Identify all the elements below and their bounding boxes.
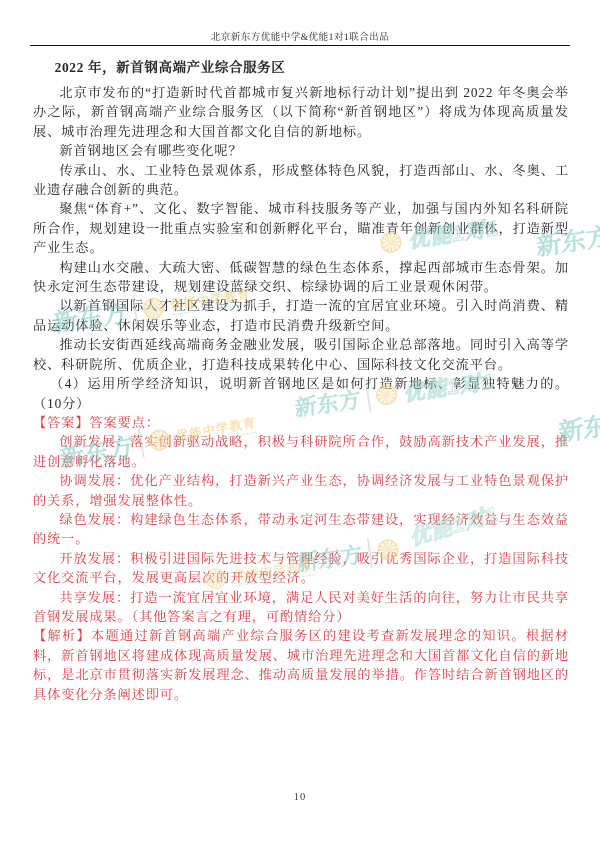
question-text: （4）运用所学经济知识，说明新首钢地区是如何打造新地标、彰显独特魅力的。（10分… — [33, 374, 569, 413]
document-body: 2022 年，新首钢高端产业综合服务区 北京市发布的“打造新时代首都城市复兴新地… — [33, 58, 569, 704]
answer-label: 【答案】 — [33, 415, 89, 430]
answer-points: 创新发展：落实创新驱动战略，积极与科研院所合作，鼓励高新技术产业发展，推进创意孵… — [33, 432, 569, 626]
analysis-text: 本题通过新首钢高端产业综合服务区的建设考查新发展理念的知识。根据材料，新首钢地区… — [33, 628, 569, 701]
header-rule — [30, 45, 570, 46]
body-paragraph: 构建山水交融、大疏大密、低碳智慧的绿色生态体系，撑起西部城市生态骨架。加快永定河… — [33, 258, 569, 297]
body-paragraph: 北京市发布的“打造新时代首都城市复兴新地标行动计划”提出到 2022 年冬奥会举… — [33, 83, 569, 141]
page-number: 10 — [0, 792, 600, 803]
answer-point: 共享发展：打造一流宜居宜业环境，满足人民对美好生活的向往，努力让市民共享首钢发展… — [33, 588, 569, 627]
body-paragraph: 聚焦“体育+”、文化、数字智能、城市科技服务等产业，加强与国内外知名科研院所合作… — [33, 199, 569, 257]
body-paragraph: 新首钢地区会有哪些变化呢？ — [33, 141, 569, 160]
analysis-label: 【解析】 — [33, 628, 91, 643]
body-paragraph: 以新首钢国际人才社区建设为抓手，打造一流的宜居宜业环境。引入时尚消费、精品运动体… — [33, 296, 569, 335]
body-paragraph: 推动长安街西延线高端商务金融业发展，吸引国际企业总部落地。同时引入高等学校、科研… — [33, 335, 569, 374]
answer-heading-line: 【答案】答案要点： — [33, 413, 569, 432]
page-title: 2022 年，新首钢高端产业综合服务区 — [33, 58, 569, 78]
answer-point: 开放发展：积极引进国际先进技术与管理经验，吸引优秀国际企业，打造国际科技文化交流… — [33, 549, 569, 588]
document-page: 北京新东方优能中学&优能1对1联合出品 2022 年，新首钢高端产业综合服务区 … — [0, 0, 600, 848]
answer-point: 创新发展：落实创新驱动战略，积极与科研院所合作，鼓励高新技术产业发展，推进创意孵… — [33, 432, 569, 471]
analysis-paragraph: 【解析】本题通过新首钢高端产业综合服务区的建设考查新发展理念的知识。根据材料，新… — [33, 626, 569, 704]
answer-point: 协调发展：优化产业结构，打造新兴产业生态，协调经济发展与工业特色景观保护的关系，… — [33, 471, 569, 510]
header-publisher-line: 北京新东方优能中学&优能1对1联合出品 — [0, 29, 600, 43]
answer-point: 绿色发展：构建绿色生态体系，带动永定河生态带建设，实现经济效益与生态效益的统一。 — [33, 510, 569, 549]
body-paragraph: 传承山、水、工业特色景观体系，形成整体特色风貌，打造西部山、水、冬奥、工业遗存融… — [33, 161, 569, 200]
answer-heading: 答案要点： — [89, 415, 159, 430]
body-paragraphs: 北京市发布的“打造新时代首都城市复兴新地标行动计划”提出到 2022 年冬奥会举… — [33, 83, 569, 374]
answer-section: 【答案】答案要点： 创新发展：落实创新驱动战略，积极与科研院所合作，鼓励高新技术… — [33, 413, 569, 626]
